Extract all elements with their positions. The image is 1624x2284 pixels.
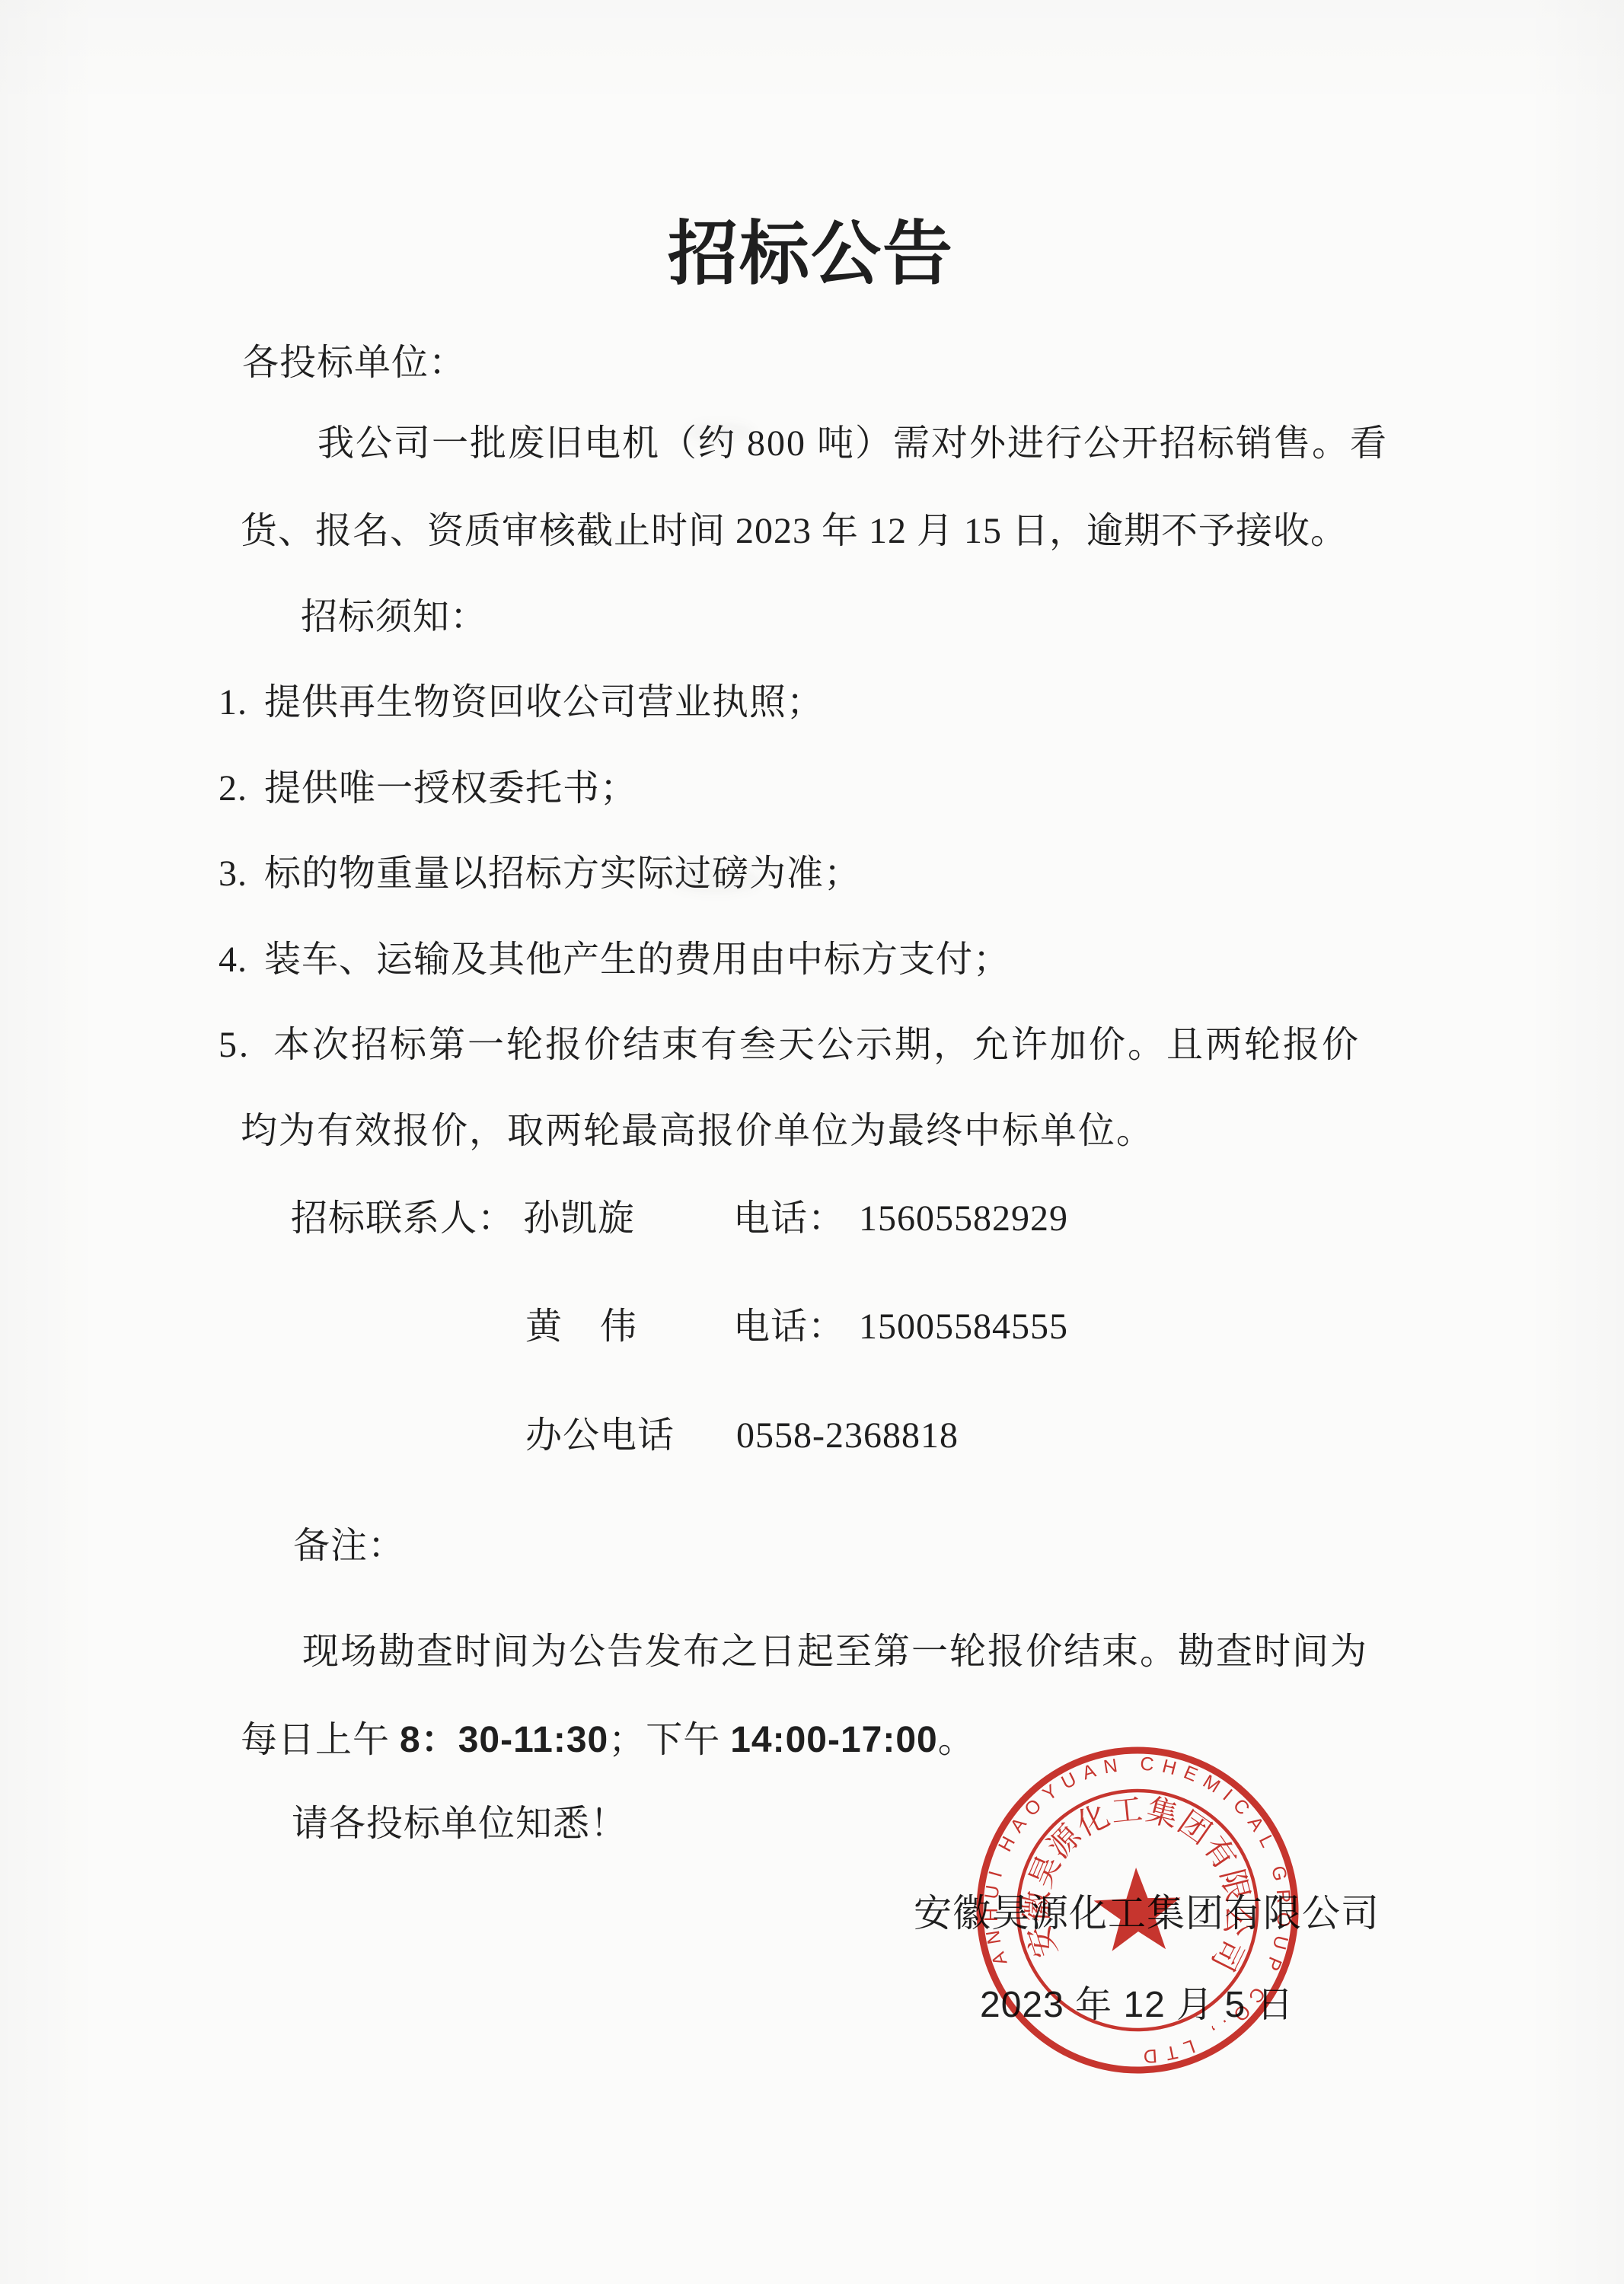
schedule-separator: ；下午 — [608, 1720, 730, 1760]
scan-smudge — [670, 868, 761, 894]
contact-2-name: 黄 伟 — [525, 1309, 637, 1345]
intro-line-1: 我公司一批废旧电机（约 800 吨）需对外进行公开招标销售。看 — [317, 426, 1388, 462]
contact-1-phone-line: 电话：15605582929 — [733, 1201, 1068, 1237]
notice-item-1-number: 1. — [219, 682, 247, 723]
office-phone-label: 办公电话 — [525, 1418, 675, 1454]
notice-item-4-text: 装车、运输及其他产生的费用由中标方支付； — [264, 939, 1010, 980]
notice-item-5: 5.本次招标第一轮报价结束有叁天公示期，允许加价。且两轮报价 — [219, 1027, 1361, 1064]
notice-item-5-text: 本次招标第一轮报价结束有叁天公示期，允许加价。且两轮报价 — [273, 1025, 1361, 1065]
contact-1-phone-label: 电话： — [733, 1198, 845, 1239]
notice-item-3: 3.标的物重量以招标方实际过磅为准； — [219, 856, 861, 892]
contact-2-phone-line: 电话：15005584555 — [733, 1309, 1068, 1345]
contact-2-phone-number: 15005584555 — [859, 1306, 1068, 1347]
contact-1-phone-number: 15605582929 — [859, 1198, 1068, 1239]
notice-item-2-text: 提供唯一授权委托书； — [264, 768, 637, 809]
signature-company-name: 安徽昊源化工集团有限公司 — [914, 1894, 1380, 1932]
notice-item-3-text: 标的物重量以招标方实际过磅为准； — [264, 853, 861, 894]
notice-heading: 招标须知： — [301, 599, 487, 636]
signature-date: 2023 年 12 月 5 日 — [980, 1987, 1294, 2024]
notice-item-2: 2.提供唯一授权委托书； — [219, 770, 637, 807]
closing-line: 请各投标单位知悉！ — [292, 1806, 627, 1842]
notice-item-4: 4.装车、运输及其他产生的费用由中标方支付； — [219, 942, 1010, 978]
salutation: 各投标单位： — [242, 345, 466, 381]
notes-heading: 备注： — [293, 1528, 405, 1565]
page-title: 招标公告 — [668, 219, 954, 289]
notice-item-5-number: 5. — [219, 1025, 250, 1065]
contact-1-name: 孙凯旋 — [523, 1201, 635, 1237]
schedule-prefix: 每日上午 — [241, 1720, 400, 1760]
scan-smudge — [685, 423, 754, 442]
schedule-afternoon-time: 14:00-17:00 — [730, 1720, 938, 1760]
notice-item-2-number: 2. — [219, 768, 247, 809]
schedule-morning-time: 8：30-11:30 — [400, 1720, 608, 1760]
notice-item-1-text: 提供再生物资回收公司营业执照； — [264, 682, 824, 723]
notes-line-1: 现场勘查时间为公告发布之日起至第一轮报价结束。勘查时间为 — [302, 1634, 1368, 1670]
contact-label: 招标联系人： — [291, 1201, 515, 1237]
inspection-schedule-line: 每日上午 8：30-11:30；下午 14:00-17:00。 — [241, 1722, 975, 1759]
office-phone-number: 0558-2368818 — [736, 1418, 959, 1454]
notice-item-5-continuation: 均为有效报价，取两轮最高报价单位为最终中标单位。 — [241, 1113, 1154, 1150]
contact-2-phone-label: 电话： — [733, 1306, 845, 1347]
notice-item-3-number: 3. — [219, 853, 247, 894]
notice-item-1: 1.提供再生物资回收公司营业执照； — [219, 684, 824, 721]
notice-item-4-number: 4. — [219, 939, 247, 980]
scanned-tender-announcement-page: 招标公告 各投标单位： 我公司一批废旧电机（约 800 吨）需对外进行公开招标销… — [0, 0, 1624, 2284]
intro-line-2: 货、报名、资质审核截止时间 2023 年 12 月 15 日，逾期不予接收。 — [241, 513, 1348, 550]
